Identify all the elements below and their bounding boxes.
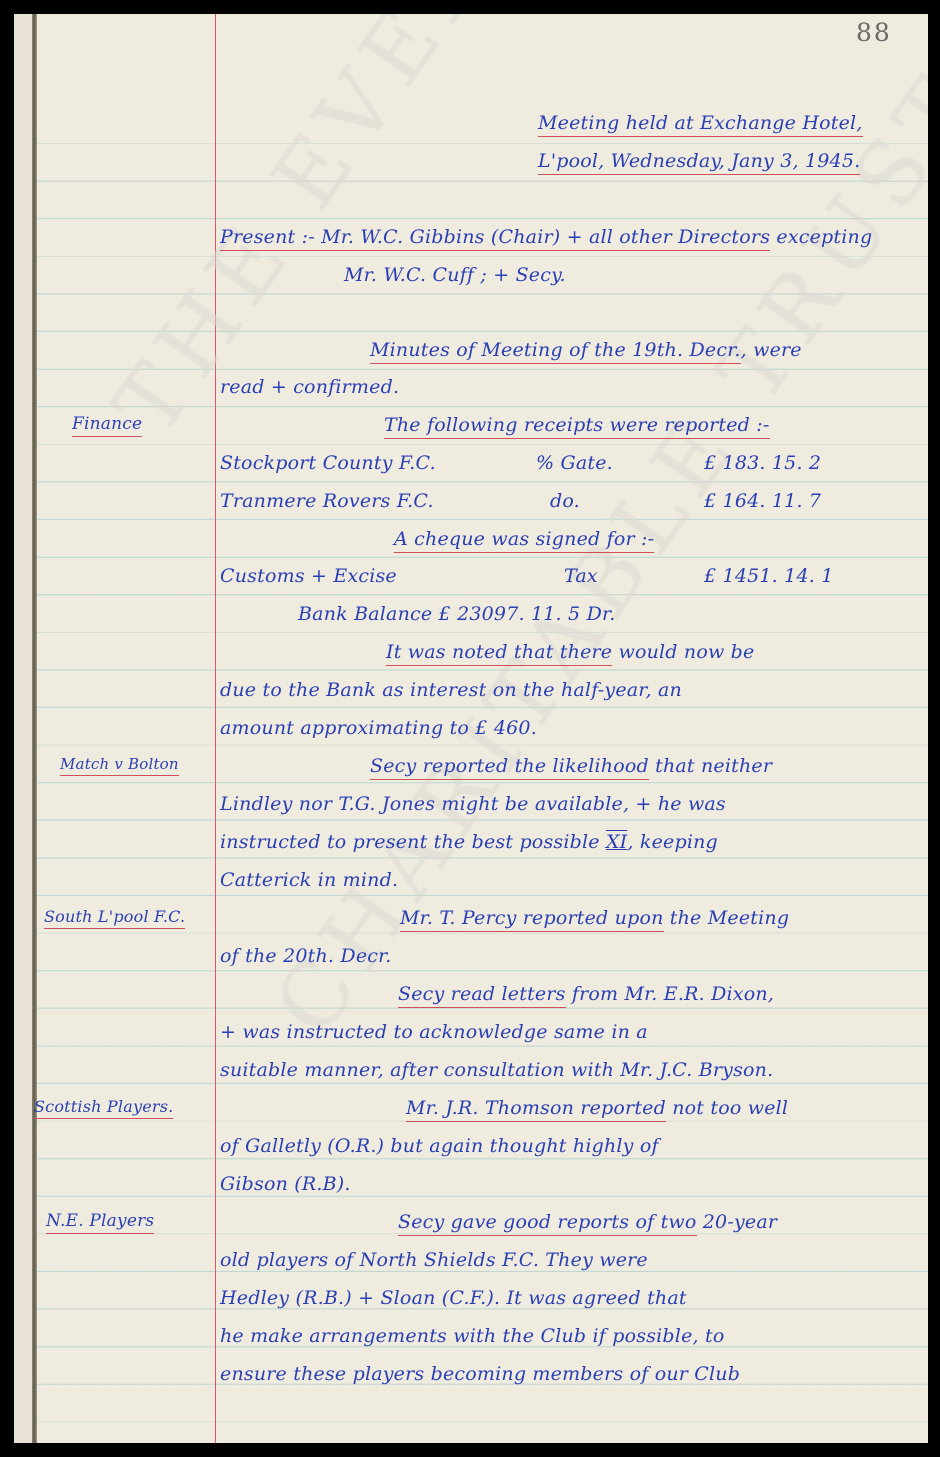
bolton-line-3: instructed to present the best possible … bbox=[220, 831, 718, 853]
letters-rest: from Mr. E.R. Dixon, bbox=[566, 983, 774, 1005]
bolton-rest: that neither bbox=[649, 755, 772, 777]
receipt-detail-1: % Gate. bbox=[536, 452, 613, 474]
bolton-line-3a: instructed to present the best possible bbox=[220, 831, 606, 853]
ne-line-5: ensure these players becoming members of… bbox=[220, 1363, 740, 1385]
ne-underlined: Secy gave good reports of two bbox=[398, 1211, 697, 1236]
meeting-heading-line-2: L'pool, Wednesday, Jany 3, 1945. bbox=[538, 150, 860, 175]
south-lpool-underlined: Mr. T. Percy reported upon bbox=[400, 907, 664, 932]
cheque-payee-1: Customs + Excise bbox=[220, 565, 397, 587]
present-line-2: Mr. W.C. Cuff ; + Secy. bbox=[344, 264, 566, 286]
side-heading-south-lpool: South L'pool F.C. bbox=[44, 907, 185, 929]
bolton-line-3b: , keeping bbox=[627, 831, 718, 853]
bolton-line-4: Catterick in mind. bbox=[220, 869, 398, 891]
receipt-amount-1: £ 183. 15. 2 bbox=[704, 452, 821, 474]
scottish-underlined: Mr. J.R. Thomson reported bbox=[406, 1097, 666, 1122]
interest-rest: would now be bbox=[612, 641, 754, 663]
cheque-amount-1: £ 1451. 14. 1 bbox=[704, 565, 834, 587]
cheque-heading: A cheque was signed for :- bbox=[394, 528, 654, 553]
ne-line-4: he make arrangements with the Club if po… bbox=[220, 1325, 724, 1347]
book-binding bbox=[32, 14, 37, 1443]
south-lpool-line-5: suitable manner, after consultation with… bbox=[220, 1059, 773, 1081]
bolton-line-2: Lindley nor T.G. Jones might be availabl… bbox=[220, 793, 726, 815]
receipt-amount-2: £ 164. 11. 7 bbox=[704, 490, 821, 512]
page-number: 88 bbox=[856, 18, 892, 47]
meeting-heading-line-1: Meeting held at Exchange Hotel, bbox=[538, 112, 863, 137]
letters-underlined: Secy read letters bbox=[398, 983, 566, 1008]
page-edge bbox=[14, 14, 32, 1443]
scottish-rest: not too well bbox=[666, 1097, 788, 1119]
side-heading-match-bolton: Match v Bolton bbox=[60, 755, 179, 776]
interest-underlined: It was noted that there bbox=[386, 641, 612, 666]
present-attendees-underlined: Present :- Mr. W.C. Gibbins (Chair) + al… bbox=[220, 226, 770, 251]
cheque-detail-1: Tax bbox=[564, 565, 598, 587]
scottish-line-3: Gibson (R.B). bbox=[220, 1173, 351, 1195]
south-lpool-line-2: of the 20th. Decr. bbox=[220, 945, 392, 967]
interest-line-2: due to the Bank as interest on the half-… bbox=[220, 679, 682, 701]
minutes-line-2: read + confirmed. bbox=[220, 376, 399, 398]
scottish-line-1: Mr. J.R. Thomson reported not too well bbox=[406, 1097, 788, 1119]
south-lpool-rest: the Meeting bbox=[664, 907, 790, 929]
south-lpool-line-1: Mr. T. Percy reported upon the Meeting bbox=[400, 907, 789, 929]
minute-book-page: THE EVERTON COLLECTION CHARITABLE TRUST … bbox=[14, 14, 928, 1443]
minutes-underlined: Minutes of Meeting of the 19th. Decr. bbox=[370, 339, 741, 364]
ne-line-1: Secy gave good reports of two 20-year bbox=[398, 1211, 777, 1233]
interest-line-3: amount approximating to £ 460. bbox=[220, 717, 537, 739]
minutes-were: , were bbox=[741, 339, 802, 361]
interest-line-1: It was noted that there would now be bbox=[386, 641, 755, 663]
ne-rest: 20-year bbox=[697, 1211, 778, 1233]
eleven-xi: XI bbox=[606, 831, 627, 853]
ne-line-3: Hedley (R.B.) + Sloan (C.F.). It was agr… bbox=[220, 1287, 687, 1309]
bolton-underlined: Secy reported the likelihood bbox=[370, 755, 649, 780]
side-heading-ne-players: N.E. Players bbox=[46, 1211, 154, 1234]
receipt-detail-2: do. bbox=[550, 490, 580, 512]
south-lpool-line-3: Secy read letters from Mr. E.R. Dixon, bbox=[398, 983, 774, 1005]
receipt-payer-1: Stockport County F.C. bbox=[220, 452, 436, 474]
receipt-payer-2: Tranmere Rovers F.C. bbox=[220, 490, 434, 512]
bank-balance: Bank Balance £ 23097. 11. 5 Dr. bbox=[298, 603, 615, 625]
ne-line-2: old players of North Shields F.C. They w… bbox=[220, 1249, 648, 1271]
present-excepting: excepting bbox=[770, 226, 872, 248]
south-lpool-line-4: + was instructed to acknowledge same in … bbox=[220, 1021, 648, 1043]
side-heading-scottish-players: Scottish Players. bbox=[34, 1097, 173, 1119]
side-heading-finance: Finance bbox=[72, 414, 142, 437]
present-line-1: Present :- Mr. W.C. Gibbins (Chair) + al… bbox=[220, 226, 872, 248]
minutes-line-1: Minutes of Meeting of the 19th. Decr., w… bbox=[370, 339, 802, 361]
bolton-line-1: Secy reported the likelihood that neithe… bbox=[370, 755, 772, 777]
scottish-line-2: of Galletly (O.R.) but again thought hig… bbox=[220, 1135, 659, 1157]
red-margin-line bbox=[215, 14, 216, 1443]
receipts-heading: The following receipts were reported :- bbox=[384, 414, 770, 439]
